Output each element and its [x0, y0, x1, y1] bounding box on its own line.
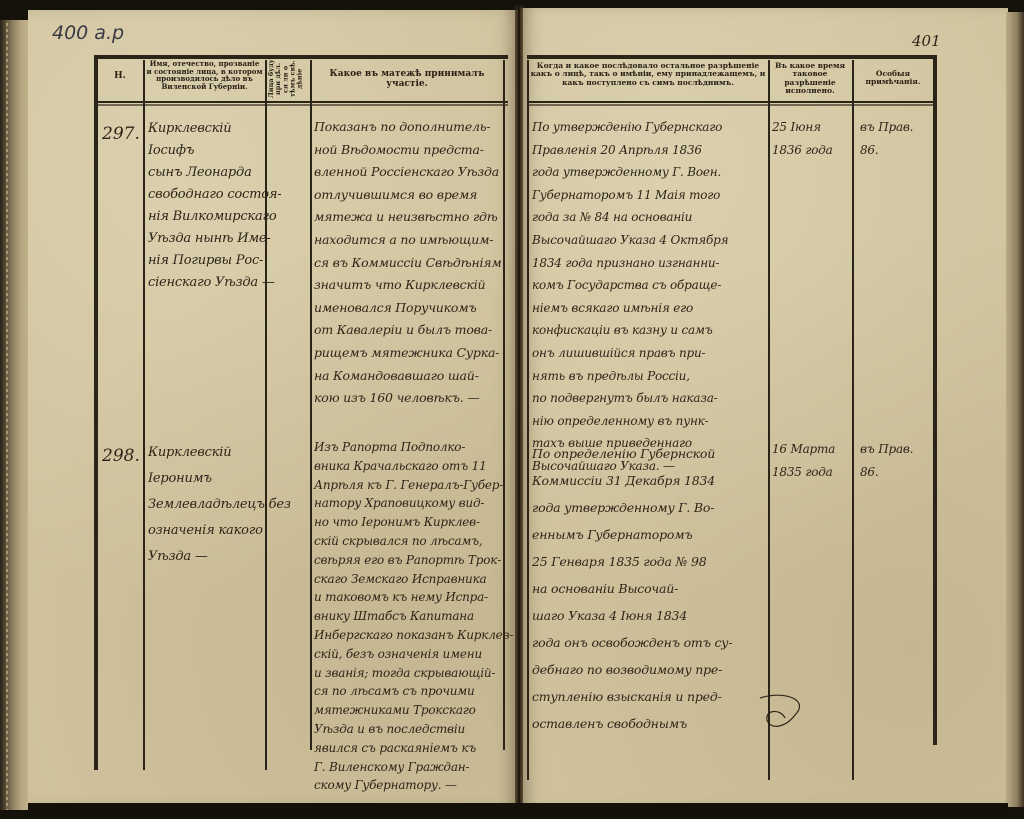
left-border-right-page — [527, 60, 529, 780]
header-participation: Какое въ матежѣ принималъ участiе. — [314, 70, 500, 90]
header-notes: Особыя примѣчанiя. — [855, 70, 931, 87]
row-298-number: 298. — [102, 446, 140, 466]
signature-flourish-icon — [755, 690, 815, 750]
header-presence: Лица буду при дѣл. ся ли о тѣмъ свѣ. дѣн… — [268, 58, 308, 100]
header-bottom-rule-left-2 — [96, 104, 508, 106]
row-297-final-decision: По утвержденiю Губернскаго Правленiя 20 … — [532, 116, 766, 478]
row-297-name: Кирклевскiй Iосифъ сынъ Леонарда свободн… — [148, 118, 264, 294]
row-298-participation: Изъ Рапорта Подполко- вника Крачальскаго… — [314, 438, 502, 795]
header-number: Н. — [98, 72, 142, 82]
header-bottom-rule-left — [96, 101, 508, 103]
header-name: Имя, отечество, прозванiе и состоянiе ли… — [146, 60, 263, 91]
header-final-decision: Когда и какое послѣдовало остальное разр… — [530, 62, 766, 87]
col-divider-executed — [852, 60, 854, 780]
header-bottom-rule-right-2 — [527, 104, 937, 106]
row-297-participation: Показанъ по дополнитель- ной Вѣдомости п… — [314, 116, 502, 410]
header-bottom-rule-right — [527, 101, 937, 103]
bottom-shadow — [28, 803, 1008, 819]
row-298-notes: въ Прав. 86. — [860, 438, 932, 483]
right-border-rule — [933, 55, 937, 745]
header-top-rule-right — [527, 55, 937, 59]
row-297-notes: въ Прав. 86. — [860, 116, 932, 161]
row-298-name: Кирклевскiй Iеронимъ Землевладѣлецъ без … — [148, 440, 264, 570]
row-297-executed-when: 25 Iюня 1836 года — [772, 116, 850, 161]
folio-number: 401 — [912, 32, 941, 50]
page-stack-right-edge — [1006, 12, 1024, 807]
row-298-final-decision: По определенiю Губернской Коммиссiи 31 Д… — [532, 440, 766, 737]
left-border-rule — [94, 55, 98, 770]
right-border-left-page — [503, 60, 505, 750]
header-executed-when: Въ какое время таковое разрѣшенiе исполн… — [770, 62, 850, 95]
page-stack-left-edge — [0, 20, 30, 810]
row-297-number: 297. — [102, 124, 140, 144]
archive-number-pencil: 400 a.p — [52, 22, 124, 44]
col-divider-decision — [768, 60, 770, 780]
book-gutter — [515, 5, 523, 810]
col-divider-name — [265, 60, 267, 770]
col-divider-number — [143, 60, 145, 770]
col-divider-presence — [310, 60, 312, 750]
row-298-executed-when: 16 Марта 1835 года — [772, 438, 850, 483]
book-spread: 400 a.p 401 Н. Имя, отечество, прозванiе… — [0, 0, 1024, 819]
